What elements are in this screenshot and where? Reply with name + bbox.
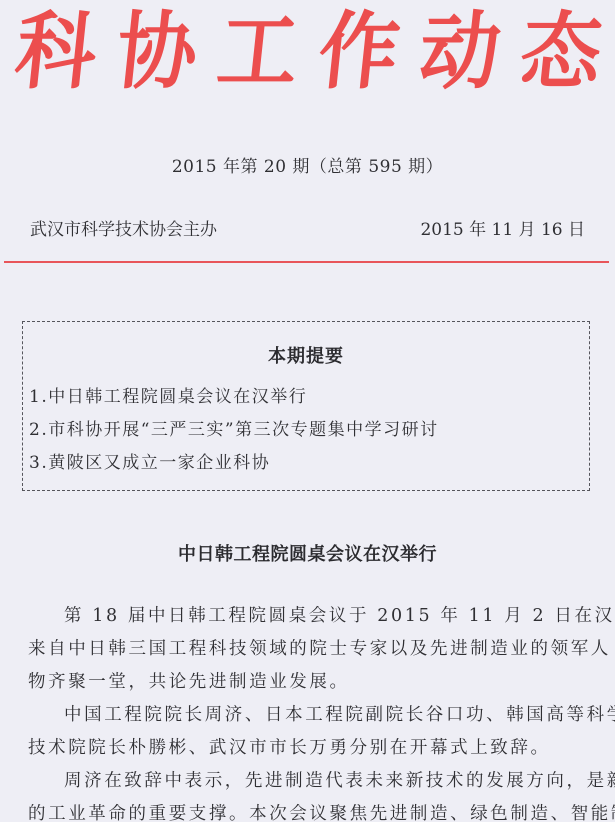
summary-item: 1.中日韩工程院圆桌会议在汉举行: [29, 382, 307, 407]
masthead-char: 作: [313, 0, 404, 105]
masthead-char: 科: [10, 0, 101, 105]
publish-date: 2015 年 11 月 16 日: [420, 215, 585, 240]
masthead-char: 工: [212, 0, 303, 105]
article-line: 第 18 届中日韩工程院圆桌会议于 2015 年 11 月 2 日在汉举行，: [64, 602, 615, 627]
publication-meta: 武汉市科学技术协会主办 2015 年 11 月 16 日: [30, 215, 585, 240]
summary-item: 3.黄陂区又成立一家企业科协: [29, 448, 270, 473]
article-line: 物齐聚一堂，共论先进制造业发展。: [28, 668, 350, 693]
article-line: 周济在致辞中表示，先进制造代表未来新技术的发展方向，是新: [64, 767, 615, 792]
publisher: 武汉市科学技术协会主办: [30, 215, 217, 240]
issue-summary-box: 本期提要 1.中日韩工程院圆桌会议在汉举行 2.市科协开展“三严三实”第三次专题…: [22, 321, 590, 491]
masthead-char: 态: [515, 0, 606, 105]
article-line: 中国工程院院长周济、日本工程院副院长谷口功、韩国高等科学: [64, 701, 615, 726]
masthead-char: 协: [111, 0, 202, 105]
masthead-char: 动: [414, 0, 505, 105]
masthead-title: 科 协 工 作 动 态: [0, 2, 615, 102]
issue-number: 2015 年第 20 期（总第 595 期）: [0, 152, 615, 177]
article-line: 技术院院长朴勝彬、武汉市市长万勇分别在开幕式上致辞。: [28, 734, 551, 759]
summary-title: 本期提要: [23, 342, 589, 368]
header-divider: [4, 261, 609, 263]
article-title: 中日韩工程院圆桌会议在汉举行: [0, 540, 615, 566]
article-line: 的工业革命的重要支撑。本次会议聚焦先进制造、绿色制造、智能制: [28, 800, 615, 822]
summary-item: 2.市科协开展“三严三实”第三次专题集中学习研讨: [29, 415, 439, 440]
article-line: 来自中日韩三国工程科技领域的院士专家以及先进制造业的领军人: [28, 635, 611, 660]
